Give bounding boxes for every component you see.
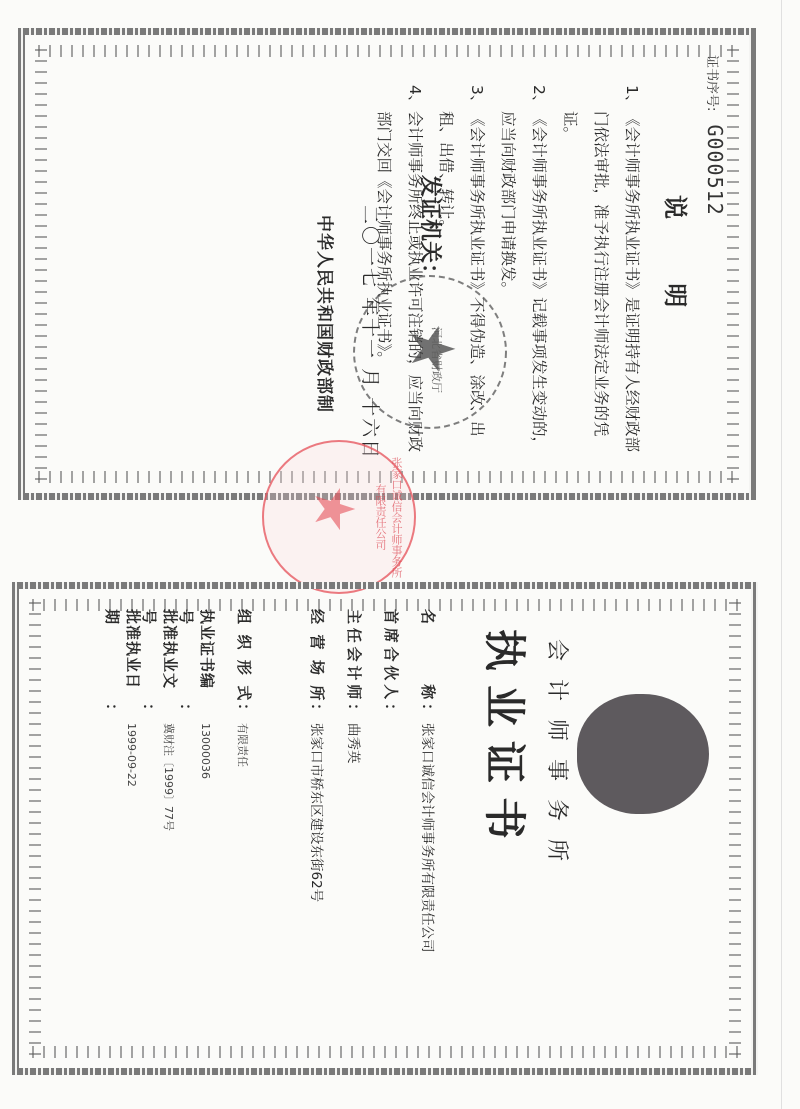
- field-label: 执业证书编号：: [176, 609, 218, 719]
- item-text: 《会计师事务所执业证书》是证明持有人经财政部门依法审批，准予执行注册会计师法定业…: [561, 111, 641, 452]
- field-value: 冀财注〔1999〕77号: [161, 723, 177, 831]
- serial-value: G000512: [703, 124, 727, 215]
- explanation-item: 2、《会计师事务所执业证书》记载事项发生变动的，应当向财政部门申请换发。: [492, 85, 554, 455]
- explanation-panel: 证书序号: G000512 说 明 1、《会计师事务所执业证书》是证明持有人经财…: [18, 28, 756, 500]
- certificate-subtitle: 会计师事务所: [543, 639, 574, 879]
- serial-label: 证书序号:: [704, 55, 719, 111]
- field-row: 组 织 形 式：有限责任: [218, 609, 255, 1069]
- issuer-seal-text: 河北省财政厅: [429, 327, 445, 393]
- item-number: 4、: [399, 85, 430, 110]
- ministry-label: 中华人民共和国财政部制: [314, 215, 339, 413]
- field-row: 主任会计师：曲秀英: [328, 609, 365, 1069]
- explanation-title: 说 明: [660, 195, 695, 335]
- field-value: 曲秀英: [345, 723, 365, 764]
- field-label: 批准执业日期：: [102, 609, 144, 719]
- issue-date: 二〇一七 年十一 月 十六日: [358, 205, 385, 460]
- item-text: 《会计师事务所执业证书》记载事项发生变动的，应当向财政部门申请换发。: [499, 111, 548, 452]
- field-label: 批准执业文号：: [139, 609, 181, 719]
- item-number: 1、: [616, 85, 647, 110]
- field-value: 1999-09-22: [125, 723, 138, 787]
- issuer-label: 发证机关：: [416, 175, 447, 285]
- national-emblem-icon: [577, 694, 709, 814]
- field-label: 首席合伙人：: [381, 609, 402, 719]
- field-row: 首席合伙人：: [365, 609, 402, 1069]
- field-row: 名 称：张家口诚信会计师事务所有限责任公司: [402, 609, 439, 1069]
- field-label: 组 织 形 式：: [234, 609, 255, 719]
- explanation-item: 1、《会计师事务所执业证书》是证明持有人经财政部门依法审批，准予执行注册会计师法…: [554, 85, 647, 455]
- serial-number: 证书序号: G000512: [703, 55, 727, 216]
- field-label: 经 营 场 所：: [307, 609, 328, 719]
- red-seal-text: 张家口诚信会计师事务所有限责任公司: [274, 452, 404, 582]
- field-row: 执业证书编号：13000036: [181, 609, 218, 1069]
- scan-edge: [781, 0, 782, 1109]
- item-number: 3、: [461, 85, 492, 110]
- field-label: 名 称：: [418, 609, 439, 719]
- firm-red-seal: ★ 张家口诚信会计师事务所有限责任公司: [262, 440, 416, 594]
- field-row: 批准执业文号：冀财注〔1999〕77号: [144, 609, 181, 1069]
- field-row: 经 营 场 所：张家口市桥东区建设东街62号: [291, 609, 328, 1069]
- field-label: 主任会计师：: [344, 609, 365, 719]
- item-number: 2、: [523, 85, 554, 110]
- field-value: 有限责任: [235, 723, 251, 767]
- certificate-panel: 会计师事务所 执业证书 名 称：张家口诚信会计师事务所有限责任公司 首席合伙人：…: [12, 582, 758, 1075]
- certificate-title: 执业证书: [477, 629, 537, 853]
- field-value: 张家口诚信会计师事务所有限责任公司: [419, 723, 439, 953]
- field-value: 张家口市桥东区建设东街62号: [308, 723, 328, 902]
- certificate-fields: 名 称：张家口诚信会计师事务所有限责任公司 首席合伙人： 主任会计师：曲秀英 经…: [107, 609, 439, 1069]
- field-row: 批准执业日期：1999-09-22: [107, 609, 144, 1069]
- field-value: 13000036: [199, 723, 212, 779]
